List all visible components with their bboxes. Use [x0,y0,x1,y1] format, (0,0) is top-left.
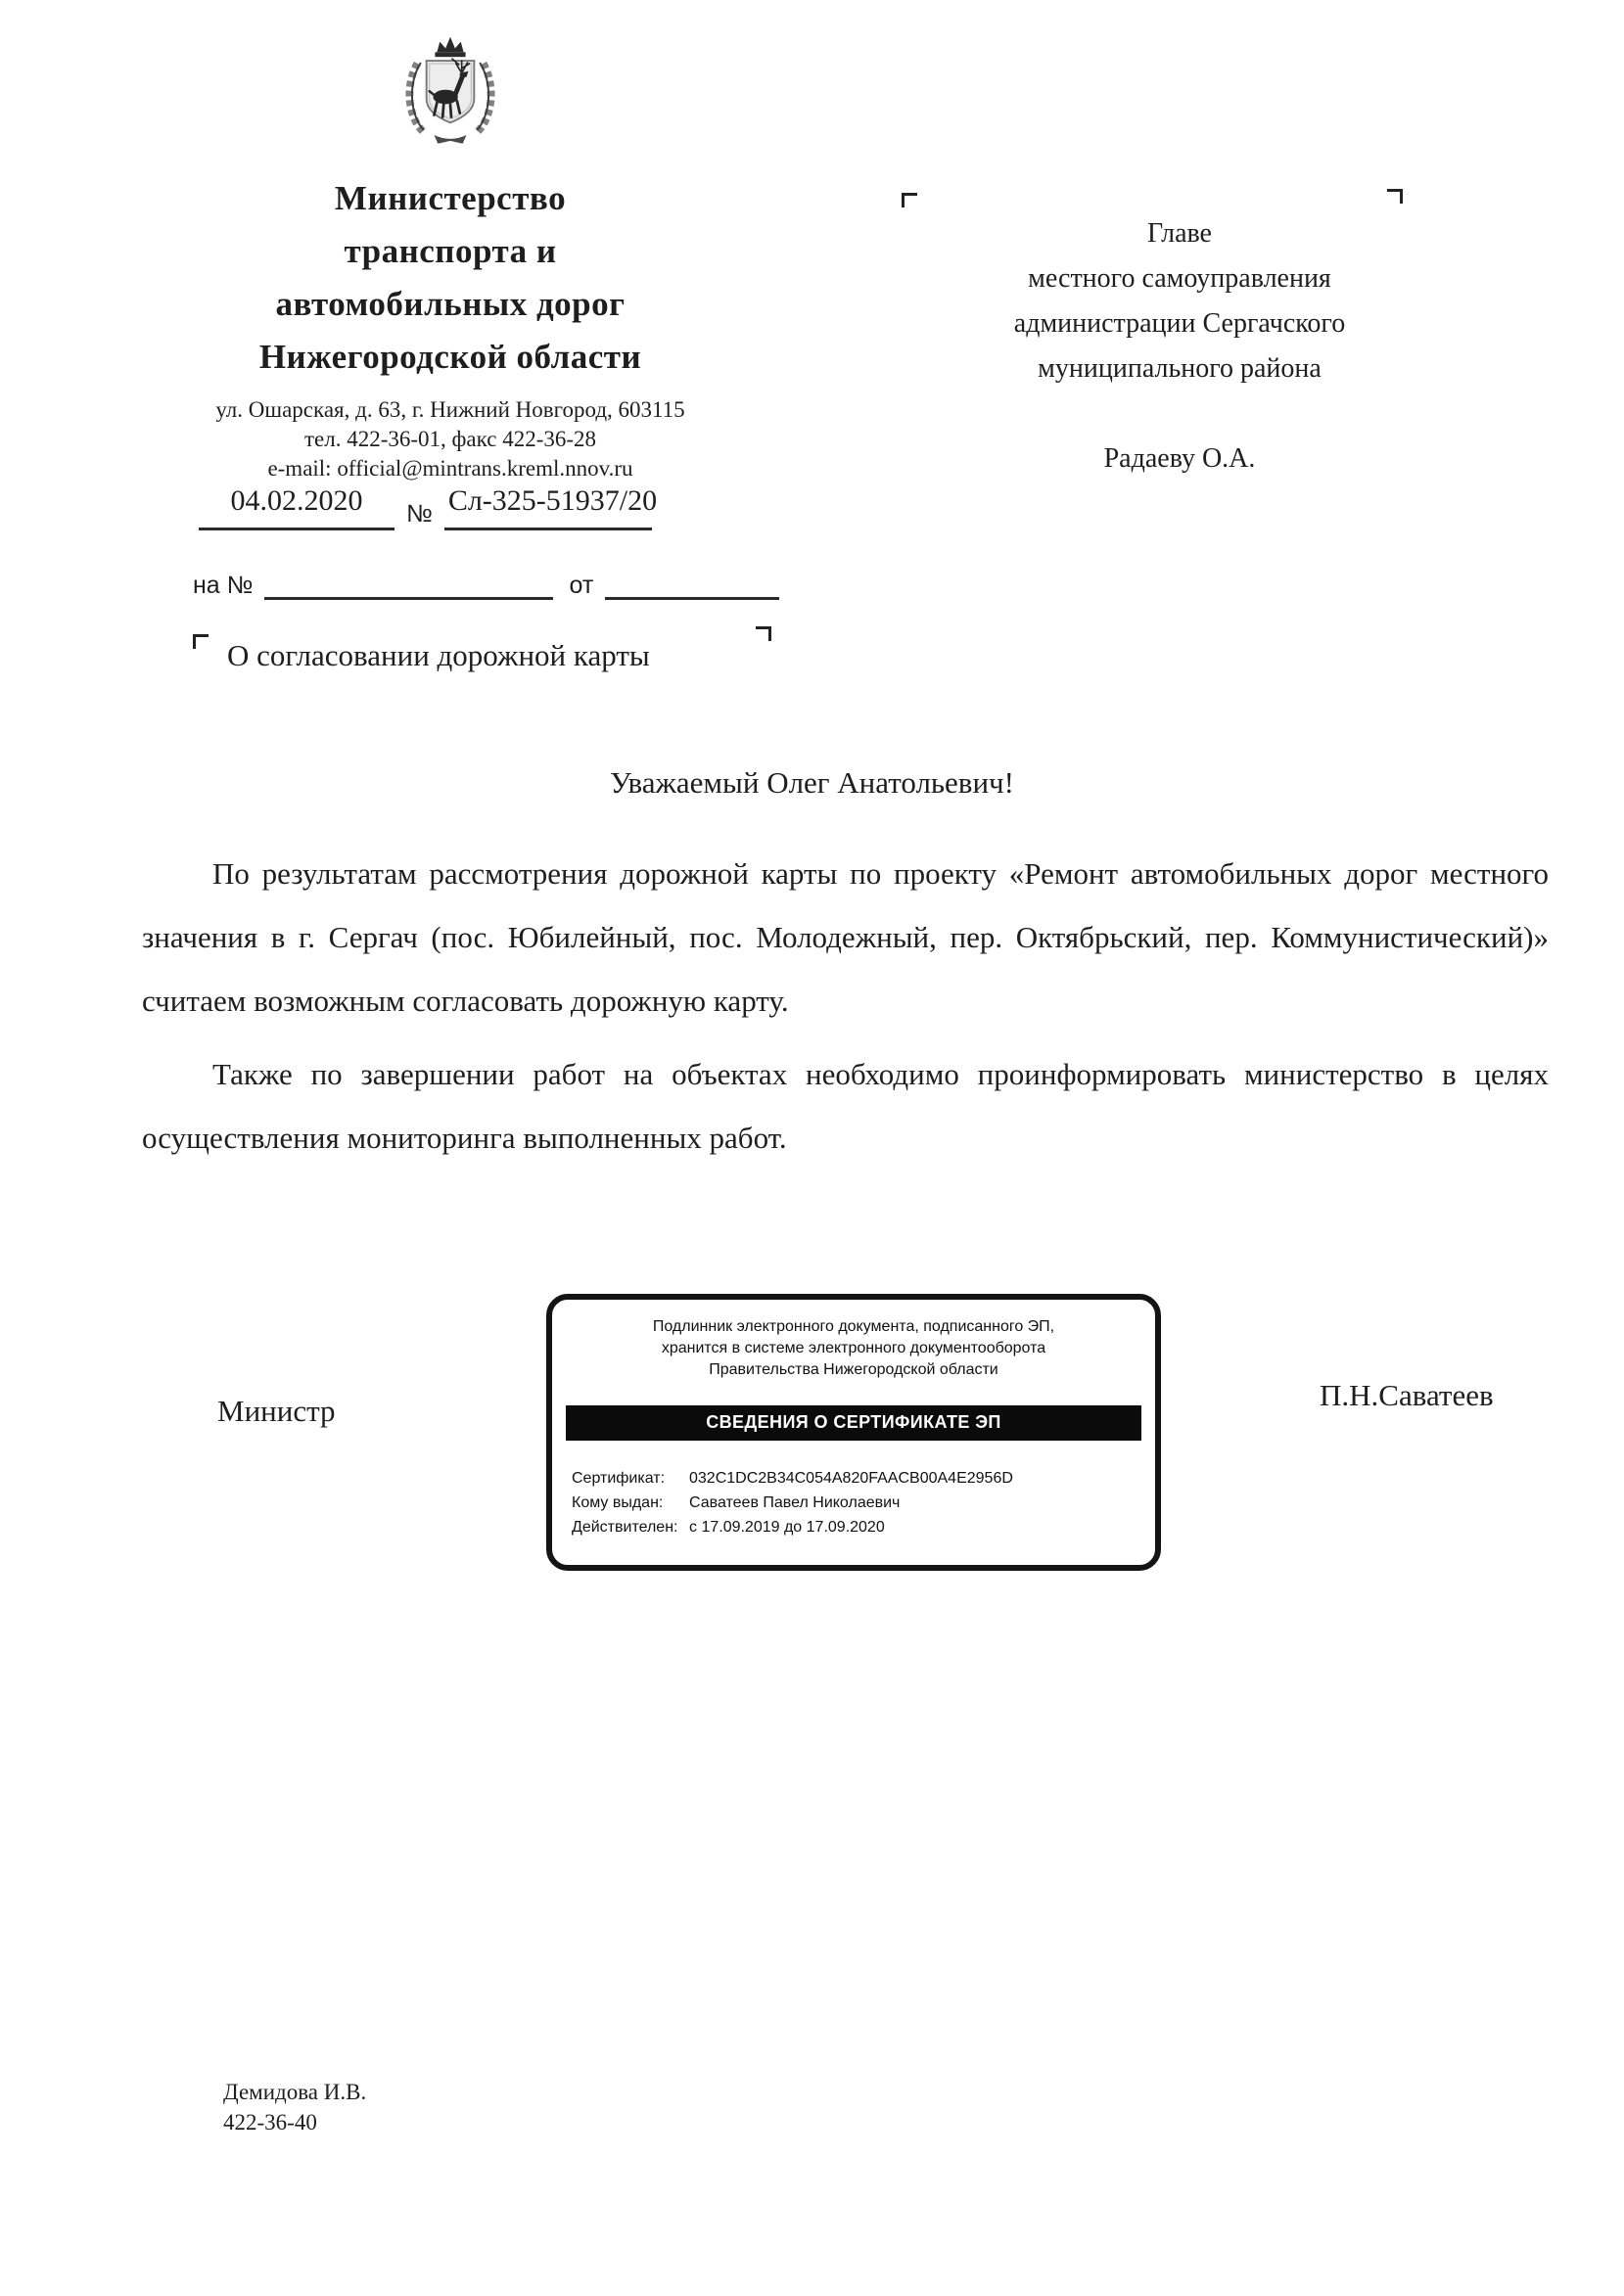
stamp-info-line: хранится в системе электронного документ… [566,1338,1141,1359]
letter-date: 04.02.2020 [199,484,394,530]
stamp-info: Подлинник электронного документа, подпис… [566,1316,1141,1381]
salutation: Уважаемый Олег Анатольевич! [0,765,1624,801]
recipient-line: местного самоуправления [930,256,1429,301]
certificate-value: Саватеев Павел Николаевич [689,1491,900,1515]
scanned-letter-page: Министерство транспорта и автомобильных … [0,0,1624,2296]
recipient-line: муниципального района [930,346,1429,391]
org-contact-block: ул. Ошарская, д. 63, г. Нижний Новгород,… [147,395,754,483]
org-phone-line: тел. 422-36-01, факс 422-36-28 [147,425,754,454]
certificate-row: Сертификат: 032C1DC2B34C054A820FAACB00A4… [572,1466,1141,1491]
outgoing-reference-row: 04.02.2020 № Сл-325-51937/20 [199,484,652,530]
letter-subject: О согласовании дорожной карты [227,638,650,673]
reply-date-blank [605,571,779,600]
stamp-info-line: Подлинник электронного документа, подпис… [566,1316,1141,1338]
recipient-name: Радаеву О.А. [930,436,1429,482]
ministry-name-line: транспорта и [147,225,754,278]
recipient-line: Главе [930,211,1429,256]
number-sign-label: № [406,500,433,530]
incoming-reference-row: на № от [193,571,779,600]
letterhead: Министерство транспорта и автомобильных … [147,31,754,483]
certificate-label: Кому выдан: [572,1491,681,1515]
corner-mark-recipient-left [902,193,917,207]
corner-mark-subject-right [756,626,771,641]
certificate-value: с 17.09.2019 до 17.09.2020 [689,1515,885,1539]
reply-number-blank [264,571,553,600]
reply-from-label: от [569,572,593,600]
digital-signature-stamp: Подлинник электронного документа, подпис… [546,1294,1161,1571]
recipient-line: администрации Сергачского [930,301,1429,346]
ministry-name-line: Нижегородской области [147,331,754,384]
certificate-row: Действителен: с 17.09.2019 до 17.09.2020 [572,1515,1141,1539]
reply-to-label: на № [193,572,253,600]
ministry-name: Министерство транспорта и автомобильных … [147,172,754,384]
ministry-name-line: Министерство [147,172,754,225]
executor-phone: 422-36-40 [223,2107,366,2137]
body-paragraph-1: По результатам рассмотрения дорожной кар… [142,842,1549,1033]
certificate-banner: СВЕДЕНИЯ О СЕРТИФИКАТЕ ЭП [566,1405,1141,1441]
recipient-block: Главе местного самоуправления администра… [930,211,1429,482]
corner-mark-recipient-right [1387,189,1403,204]
coat-of-arms-icon [379,31,522,166]
org-address-line: ул. Ошарская, д. 63, г. Нижний Новгород,… [147,395,754,425]
letter-number: Сл-325-51937/20 [444,484,652,530]
executor-block: Демидова И.В. 422-36-40 [223,2077,366,2137]
certificate-label: Действителен: [572,1515,681,1539]
body-paragraph-2: Также по завершении работ на объектах не… [142,1042,1549,1170]
corner-mark-subject-left [193,634,209,649]
signer-name: П.Н.Саватеев [1320,1378,1494,1413]
executor-name: Демидова И.В. [223,2077,366,2107]
stamp-info-line: Правительства Нижегородской области [566,1359,1141,1381]
certificate-row: Кому выдан: Саватеев Павел Николаевич [572,1491,1141,1515]
ministry-name-line: автомобильных дорог [147,278,754,331]
org-email-line: e-mail: official@mintrans.kreml.nnov.ru [147,454,754,483]
certificate-details: Сертификат: 032C1DC2B34C054A820FAACB00A4… [572,1466,1141,1539]
certificate-value: 032C1DC2B34C054A820FAACB00A4E2956D [689,1466,1013,1491]
certificate-label: Сертификат: [572,1466,681,1491]
signer-position: Министр [217,1394,336,1429]
letter-body: По результатам рассмотрения дорожной кар… [142,842,1549,1170]
